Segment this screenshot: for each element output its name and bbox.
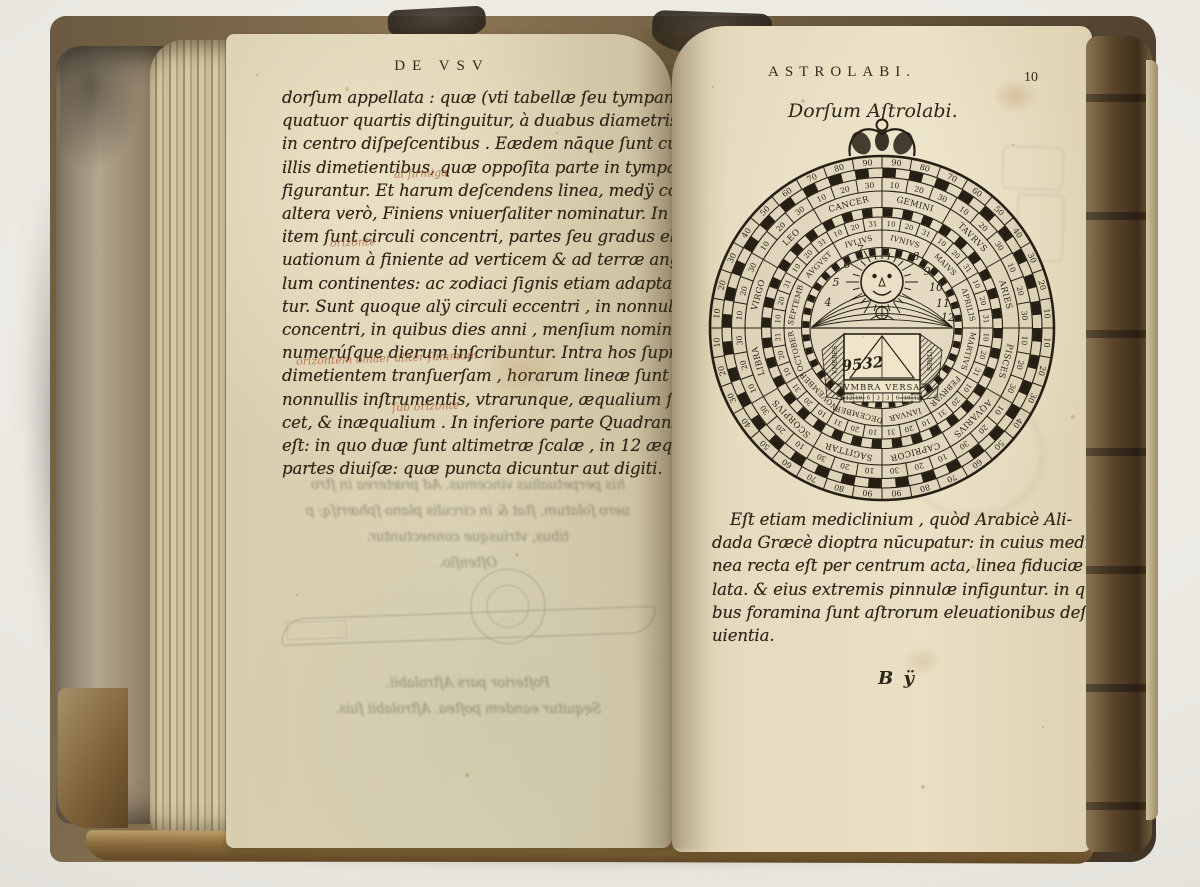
text-line: bus foramina ſunt aſtrorum eleuationibus… [712,601,1088,624]
text-line: Eſt etiam mediclinium , quòd Arabicè Ali… [712,508,1088,531]
bleedthrough-line: uero ſolatum, ſtat & in circulis plano ſ… [268,498,668,524]
svg-text:31: 31 [774,332,783,342]
svg-text:VMBRA VERSA: VMBRA VERSA [843,382,921,392]
svg-text:10: 10 [712,337,722,348]
right-page: ASTROLABI. 10 Dorſum Aſtrolabi. 90807060… [672,26,1092,852]
svg-text:6: 6 [896,396,900,402]
text-line: quatuor quartis diſtinguitur, à duabus d… [282,109,678,132]
text-line: dada Græcè dioptra nūcupatur: in cuius m… [712,531,1088,554]
curled-cover-edge [1086,36,1152,852]
left-page-text: dorſum appellata : quæ (vti tabellæ ſeu … [282,86,678,480]
text-line: cet, & inæqualium . In inferiore parte Q… [282,411,678,434]
svg-text:8: 8 [913,250,920,263]
svg-text:31: 31 [981,314,990,324]
svg-text:9: 9 [924,265,931,278]
gutter-shadow [636,30,710,850]
svg-text:90: 90 [891,158,902,168]
text-line: dorſum appellata : quæ (vti tabellæ ſeu … [282,86,678,109]
svg-text:10: 10 [868,427,878,436]
svg-text:10: 10 [735,310,745,321]
text-line: eſt: in quo duæ ſunt altimetræ ſcalæ , i… [282,434,678,457]
svg-text:90: 90 [891,488,902,498]
folio-number: 10 [1024,70,1038,86]
book-photo: DE VSV dorſum appellata : quæ (vti tabel… [0,0,1200,887]
text-line: nonnullis inſtrumentis, vtrarunque, æqua… [282,388,678,411]
svg-text:3: 3 [876,396,880,402]
text-line: tur. Sunt quoque alÿ circuli eccentri , … [282,295,678,318]
text-line: uationum à finiente ad verticem & ad ter… [282,248,678,271]
text-line: nea recta eſt per centrum acta, linea fi… [712,554,1088,577]
cover-edge-rim [1146,60,1158,820]
marginal-gloss: ſub orizonte [392,399,460,414]
alidade-label-box [286,620,347,640]
text-line: illis dimetientibus, quæ oppoſita parte … [282,156,678,179]
left-page: DE VSV dorſum appellata : quæ (vti tabel… [226,34,672,848]
marginal-gloss: al firmiga [394,166,448,181]
astrolabe-woodcut: 9080706050403020101020304050607080909080… [700,110,1064,508]
svg-text:6: 6 [867,396,871,402]
text-line: uientia. [712,624,1088,647]
foxing-specks [256,74,258,76]
cover-corner-bottom-left [58,688,128,828]
svg-text:10: 10 [774,314,783,324]
svg-text:10: 10 [886,220,896,229]
svg-text:10: 10 [855,396,863,402]
svg-text:30: 30 [1020,310,1030,321]
gathering-signature: B ÿ [878,668,916,689]
bleedthrough-alidade-diagram [258,549,666,671]
svg-text:90: 90 [862,488,873,498]
text-line: lum continentes: ac zodiaci ſignis etiam… [282,272,678,295]
svg-text:30: 30 [889,466,900,476]
text-line: dimetientem tranſuerſam , horarum lineæ … [282,364,678,387]
svg-text:10: 10 [1020,335,1030,346]
right-page-text: Eſt etiam mediclinium , quòd Arabicè Ali… [712,508,1088,647]
text-line: in centro diſpeſcentibus . Eædem nāque ſ… [282,132,678,155]
svg-text:12: 12 [941,311,955,324]
svg-text:10: 10 [889,181,900,191]
astrolabe-engraving: 9080706050403020101020304050607080909080… [700,110,1064,508]
page-stack-edges [150,40,238,838]
svg-text:10: 10 [864,466,875,476]
bleedthrough-line: tibus, vtriusque connectuntur. [268,524,668,550]
left-running-header: DE VSV [226,58,658,75]
svg-text:10: 10 [981,332,990,342]
svg-text:31: 31 [868,220,878,229]
svg-text:31: 31 [886,427,896,436]
text-line: altera verò, Finiens vniuerſaliter nomin… [282,202,678,225]
text-line: lata. & eius extremis pinnulæ infiguntur… [712,578,1088,601]
svg-text:7: 7 [857,243,864,256]
spine-wear [60,46,164,246]
bleedthrough-line: Poſterior pars Aſtrolabii. [268,670,668,696]
svg-text:30: 30 [864,181,875,191]
bleedthrough-line: his perpetualius vincemus. Ad præterea i… [268,472,668,498]
svg-text:10: 10 [1042,308,1052,319]
text-line: concentri, in quibus dies anni , menſium… [282,318,678,341]
svg-text:30: 30 [735,335,745,346]
svg-text:10: 10 [1042,337,1052,348]
bleedthrough-line: Sequitur eandem poſtea. Aſtrolabii ſuis. [268,696,668,722]
bleedthrough-text: Poſterior pars Aſtrolabii.Sequitur eande… [268,670,668,722]
svg-text:10: 10 [712,308,722,319]
svg-text:10: 10 [929,281,943,294]
svg-text:11: 11 [936,297,950,310]
svg-text:5: 5 [833,276,840,289]
text-line: figurantur. Et harum deſcendens linea, m… [282,179,678,202]
right-running-header: ASTROLABI. [712,64,972,81]
foxing-specks [712,86,714,88]
svg-text:3: 3 [886,396,890,402]
marginal-gloss: orizonte [330,235,376,250]
svg-text:12: 12 [845,396,853,402]
svg-text:6: 6 [844,258,851,271]
svg-text:4: 4 [824,296,832,309]
svg-text:90: 90 [862,158,873,168]
svg-text:10: 10 [904,396,912,402]
